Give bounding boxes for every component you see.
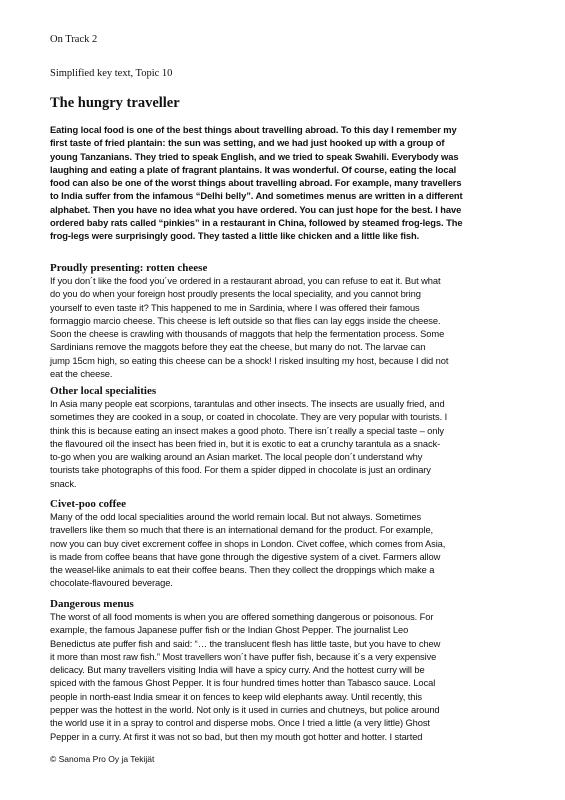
intro-line: first taste of fried plantain: the sun w… bbox=[50, 137, 550, 150]
body-line: Many of the odd local specialities aroun… bbox=[50, 511, 560, 524]
intro-line: ordered baby rats called “pinkies” in a … bbox=[50, 217, 550, 230]
section-body: In Asia many people eat scorpions, taran… bbox=[50, 398, 560, 491]
section-body: The worst of all food moments is when yo… bbox=[50, 611, 560, 744]
section-rotten-cheese: Proudly presenting: rotten cheese If you… bbox=[50, 262, 560, 381]
body-line: In Asia many people eat scorpions, taran… bbox=[50, 398, 560, 411]
section-civet-coffee: Civet-poo coffee Many of the odd local s… bbox=[50, 498, 560, 591]
body-line: eat the cheese. bbox=[50, 368, 560, 381]
section-local-specialities: Other local specialities In Asia many pe… bbox=[50, 385, 560, 491]
section-heading: Other local specialities bbox=[50, 385, 560, 398]
page-title: The hungry traveller bbox=[50, 95, 180, 112]
body-line: yourself to even taste it? This happened… bbox=[50, 302, 560, 315]
body-line: it more than most raw fish.” Most travel… bbox=[50, 651, 560, 664]
body-line: example, the famous Japanese puffer fish… bbox=[50, 624, 560, 637]
body-line: jump 15cm high, so eating this cheese ca… bbox=[50, 355, 560, 368]
intro-paragraph: Eating local food is one of the best thi… bbox=[50, 124, 550, 244]
section-heading: Proudly presenting: rotten cheese bbox=[50, 262, 560, 275]
intro-line: alphabet. Then you have no idea what you… bbox=[50, 204, 550, 217]
intro-line: to India suffer from the infamous “Delhi… bbox=[50, 190, 550, 203]
body-line: people in north-east India smear it on f… bbox=[50, 691, 560, 704]
body-line: Pepper in a curry. At first it was not s… bbox=[50, 731, 560, 744]
section-body: Many of the odd local specialities aroun… bbox=[50, 511, 560, 591]
body-line: Benedictus ate puffer fish and said: “… … bbox=[50, 638, 560, 651]
document-page: On Track 2 Simplified key text, Topic 10… bbox=[0, 0, 565, 800]
intro-line: Eating local food is one of the best thi… bbox=[50, 124, 550, 137]
body-line: snack. bbox=[50, 478, 560, 491]
intro-line: food can also be one of the worst things… bbox=[50, 177, 550, 190]
body-line: travellers like them so much that there … bbox=[50, 524, 560, 537]
body-line: The worst of all food moments is when yo… bbox=[50, 611, 560, 624]
section-heading: Dangerous menus bbox=[50, 598, 560, 611]
body-line: spiced with the famous Ghost Pepper. It … bbox=[50, 677, 560, 690]
body-line: do you do when your foreign host proudly… bbox=[50, 288, 560, 301]
section-heading: Civet-poo coffee bbox=[50, 498, 560, 511]
body-line: the world use it in a spray to control a… bbox=[50, 717, 560, 730]
body-line: the weasel-like animals to eat their cof… bbox=[50, 564, 560, 577]
body-line: If you don´t like the food you´ve ordere… bbox=[50, 275, 560, 288]
body-line: tourists take photographs of this food. … bbox=[50, 464, 560, 477]
body-line: is made from coffee beans that have gone… bbox=[50, 551, 560, 564]
section-body: If you don´t like the food you´ve ordere… bbox=[50, 275, 560, 381]
body-line: chocolate-flavoured beverage. bbox=[50, 577, 560, 590]
intro-line: young Tanzanians. They tried to speak En… bbox=[50, 151, 550, 164]
body-line: now you can buy civet excrement coffee i… bbox=[50, 538, 560, 551]
body-line: the flavoured oil the insect has been fr… bbox=[50, 438, 560, 451]
body-line: formaggio marcio cheese. This cheese is … bbox=[50, 315, 560, 328]
intro-line: frog-legs were surprisingly good. They t… bbox=[50, 230, 550, 243]
body-line: think this is because eating an insect m… bbox=[50, 425, 560, 438]
body-line: delicacy. But many travellers visiting I… bbox=[50, 664, 560, 677]
intro-line: laughing and eating a plate of fragrant … bbox=[50, 164, 550, 177]
body-line: Sardinians remove the maggots before the… bbox=[50, 341, 560, 354]
body-line: to-go when you are walking around an Asi… bbox=[50, 451, 560, 464]
body-line: Soon the cheese is crawling with thousan… bbox=[50, 328, 560, 341]
series-header: On Track 2 bbox=[50, 34, 97, 45]
topic-subtitle: Simplified key text, Topic 10 bbox=[50, 68, 172, 79]
body-line: pepper was the hottest in the world. Not… bbox=[50, 704, 560, 717]
section-dangerous-menus: Dangerous menus The worst of all food mo… bbox=[50, 598, 560, 744]
body-line: sometimes they are cooked in a soup, or … bbox=[50, 411, 560, 424]
copyright-footer: © Sanoma Pro Oy ja Tekijät bbox=[50, 754, 154, 764]
